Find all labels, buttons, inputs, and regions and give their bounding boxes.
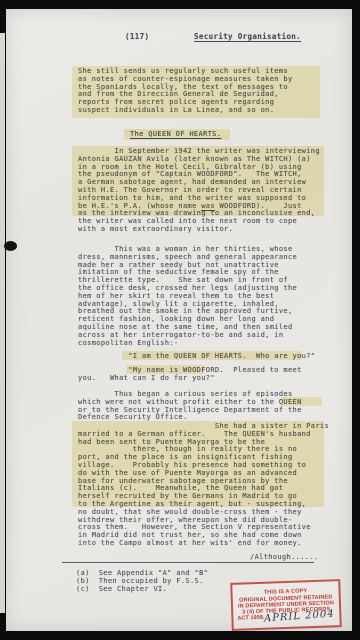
paragraph-1: She still sends us regularly such useful… [78,68,293,115]
page-number: (117) [125,33,149,41]
section-heading: The QUEEN OF HEARTS. [130,131,221,139]
copy-stamp: THIS IS A COPY ORIGINAL DOCUMENT RETAINE… [230,579,342,631]
footnote-c-label: (c) [76,586,90,594]
paragraph-2: In September 1942 the writer was intervi… [78,148,320,234]
continuation-marker: /Although...... [250,554,318,562]
footnote-divider-rule [62,562,314,563]
left-paper-edge [0,33,5,613]
quote-queen-of-hearts: "I am the QUEEN OF HEARTS. Who are you?" [78,353,315,361]
header-title: Security Organisation. [194,33,301,41]
hole-punch-mark [4,241,17,251]
paragraph-4: Thus began a curious series of episodes … [78,391,302,422]
document-page: (117) Security Organisation. She still s… [6,9,352,631]
paragraph-3: This was a woman in her thirties, whose … [78,246,297,347]
quote-woodford-reply: "My name is WOODFORD. Pleased to meet yo… [78,367,302,383]
underline-was-emphasis [201,210,215,211]
paragraph-5: She had a sister in Paris married to a G… [78,423,329,548]
footnote-c-text: See Chapter VI. [99,586,167,594]
footnote-c: (c) See Chapter VI. [76,586,167,594]
scanned-document-page: { "document": { "page_number": "(117)", … [0,0,360,640]
